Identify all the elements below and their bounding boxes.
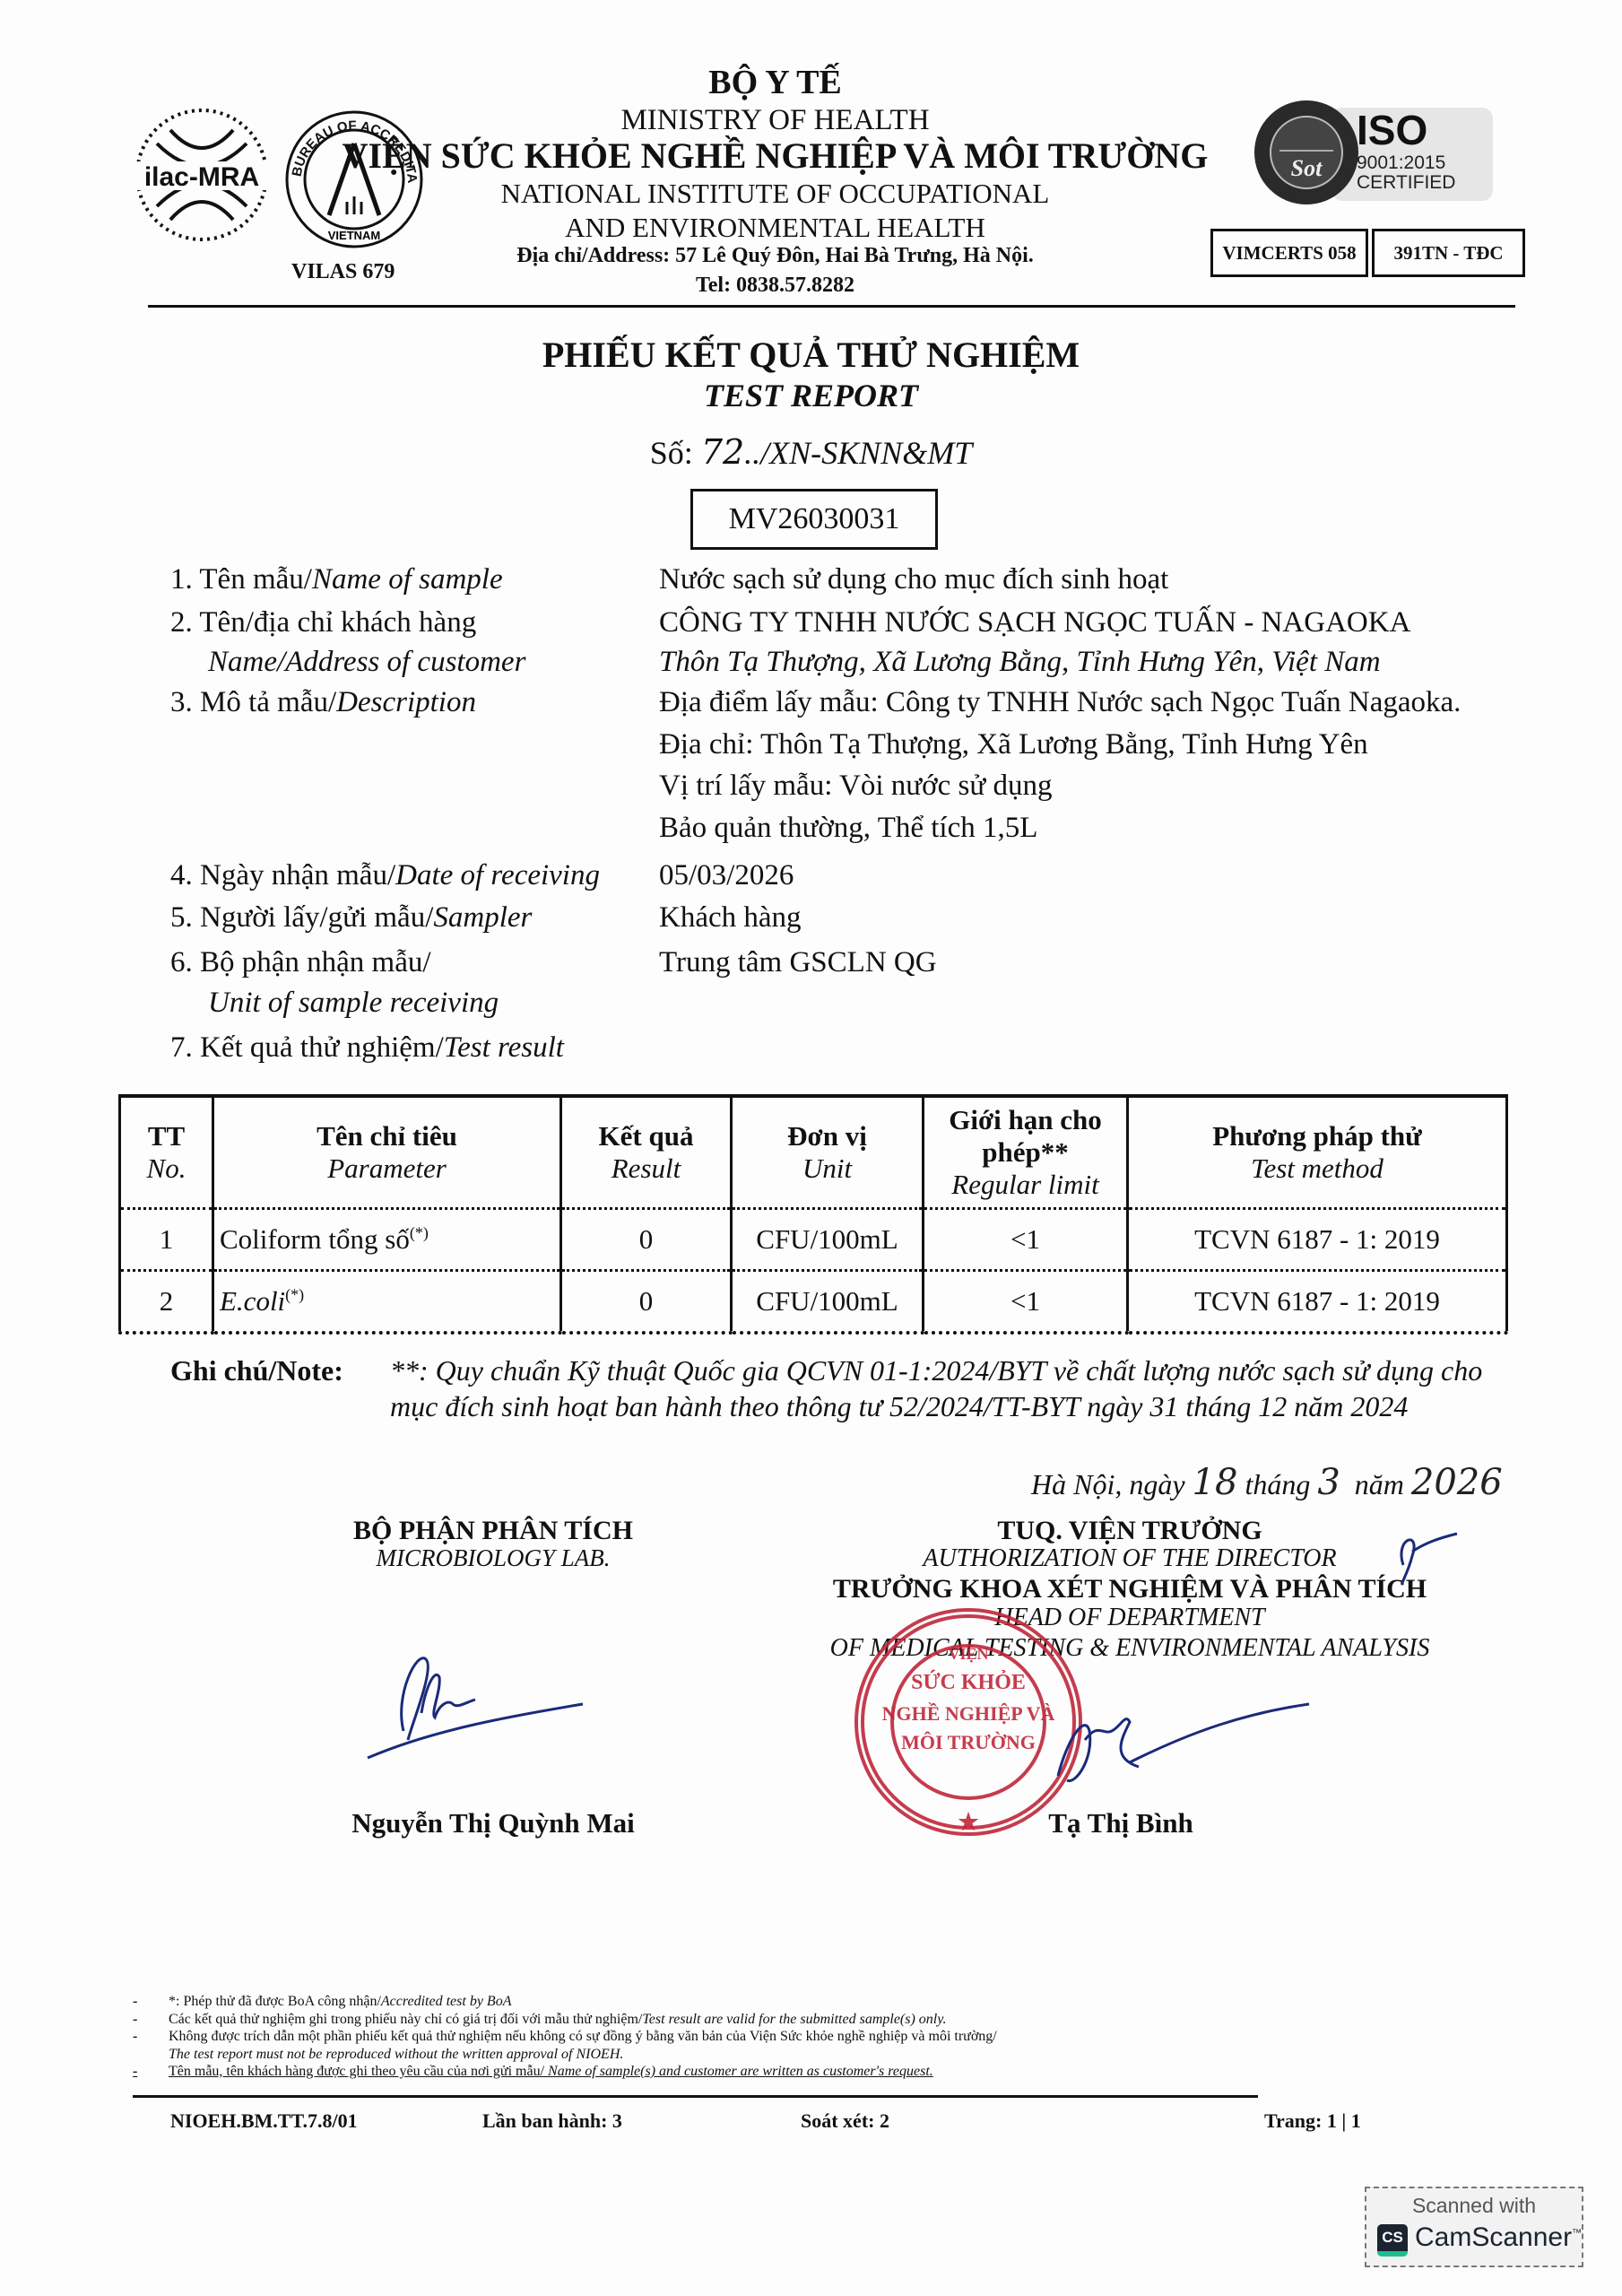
footer-note: -Các kết quả thử nghiệm ghi trong phiếu …	[133, 2011, 1262, 2029]
col-result: Kết quảResult	[561, 1096, 732, 1209]
date-month-label: tháng	[1245, 1468, 1310, 1500]
date-year-label: năm	[1355, 1468, 1404, 1500]
row-method: TCVN 6187 - 1: 2019	[1128, 1271, 1507, 1334]
table-header-row: TTNo. Tên chỉ tiêuParameter Kết quảResul…	[120, 1096, 1507, 1209]
footer-note-en: The test report must not be reproduced w…	[133, 2046, 1262, 2064]
right-signature-icon	[1049, 1686, 1318, 1803]
row-limit: <1	[924, 1209, 1128, 1271]
row-unit: CFU/100mL	[732, 1209, 924, 1271]
row-no: 2	[120, 1271, 213, 1334]
info-value: Địa điểm lấy mẫu: Công ty TNHH Nước sạch…	[659, 686, 1461, 719]
report-number: Số: 72../XN-SKNN&MT	[0, 432, 1622, 472]
page-number: Trang: 1 | 1	[1264, 2109, 1361, 2133]
info-value: 05/03/2026	[659, 859, 794, 892]
info-value: Bảo quản thường, Thể tích 1,5L	[659, 812, 1037, 845]
institute-vn: VIỆN SỨC KHỎE NGHỀ NGHIỆP VÀ MÔI TRƯỜNG	[0, 135, 1586, 177]
ministry-vn: BỘ Y TẾ	[0, 63, 1586, 102]
camscanner-watermark: Scanned with CS CamScanner™	[1365, 2187, 1583, 2267]
info-value: Nước sạch sử dụng cho mục đích sinh hoạt	[659, 563, 1168, 596]
date-year: 2026	[1411, 1462, 1503, 1503]
date-month: 3	[1317, 1462, 1340, 1503]
table-row: 1Coliform tổng số(*)0CFU/100mL<1TCVN 618…	[120, 1209, 1507, 1271]
col-parameter: Tên chỉ tiêuParameter	[213, 1096, 561, 1209]
institute-en-line2: AND ENVIRONMENTAL HEALTH	[0, 212, 1586, 244]
info-label: Name/Address of customer	[208, 646, 525, 679]
info-value: Vị trí lấy mẫu: Vòi nước sử dụng	[659, 770, 1053, 803]
svg-text:VIỆN: VIỆN	[948, 1644, 988, 1663]
watermark-brand: CamScanner™	[1415, 2222, 1582, 2253]
left-signature-icon	[341, 1614, 610, 1767]
info-value: Địa chỉ: Thôn Tạ Thượng, Xã Lương Bằng, …	[659, 728, 1368, 761]
row-unit: CFU/100mL	[732, 1271, 924, 1334]
report-number-suffix: ../XN-SKNN&MT	[744, 435, 972, 471]
signing-date: Hà Nội, ngày 18 tháng 3 năm 2026	[1031, 1462, 1503, 1503]
info-label: 3. Mô tả mẫu/Description	[170, 686, 476, 719]
info-label: Unit of sample receiving	[208, 987, 499, 1020]
info-value: Thôn Tạ Thượng, Xã Lương Bằng, Tỉnh Hưng…	[659, 646, 1381, 679]
left-signer-dept-en: MICROBIOLOGY LAB.	[224, 1544, 762, 1572]
info-label: 2. Tên/địa chỉ khách hàng	[170, 606, 476, 639]
svg-text:SỨC KHỎE: SỨC KHỎE	[911, 1671, 1026, 1694]
footer-notes: -*: Phép thử đã được BoA công nhận/Accre…	[133, 1993, 1262, 2081]
row-parameter: E.coli(*)	[213, 1271, 561, 1334]
info-value: Trung tâm GSCLN QG	[659, 946, 937, 979]
results-table: TTNo. Tên chỉ tiêuParameter Kết quảResul…	[118, 1094, 1508, 1335]
footer-note: -Không được trích dẫn một phần phiếu kết…	[133, 2028, 1262, 2046]
footer-divider	[133, 2095, 1258, 2098]
svg-text:MÔI TRƯỜNG: MÔI TRƯỜNG	[901, 1731, 1036, 1753]
report-title-en: TEST REPORT	[0, 377, 1622, 414]
left-signer-dept: BỘ PHẬN PHÂN TÍCH	[224, 1516, 762, 1546]
row-no: 1	[120, 1209, 213, 1271]
institute-address: Địa chỉ/Address: 57 Lê Quý Đôn, Hai Bà T…	[0, 244, 1586, 268]
col-method: Phương pháp thửTest method	[1128, 1096, 1507, 1209]
report-number-handwritten: 72	[701, 432, 744, 472]
institute-tel: Tel: 0838.57.8282	[0, 274, 1586, 298]
header-divider	[148, 305, 1515, 308]
camscanner-logo-icon: CS	[1377, 2224, 1408, 2257]
date-day: 18	[1193, 1462, 1238, 1503]
info-label: 7. Kết quả thử nghiệm/Test result	[170, 1031, 564, 1065]
svg-text:NGHỀ NGHIỆP VÀ: NGHỀ NGHIỆP VÀ	[882, 1702, 1055, 1725]
left-signer-name: Nguyễn Thị Quỳnh Mai	[224, 1807, 762, 1839]
row-parameter: Coliform tổng số(*)	[213, 1209, 561, 1271]
note-text: **: Quy chuẩn Kỹ thuật Quốc gia QCVN 01-…	[390, 1352, 1484, 1424]
row-limit: <1	[924, 1271, 1128, 1334]
table-row: 2E.coli(*)0CFU/100mL<1TCVN 6187 - 1: 201…	[120, 1271, 1507, 1334]
info-label: 6. Bộ phận nhận mẫu/	[170, 946, 431, 979]
ministry-en: MINISTRY OF HEALTH	[0, 104, 1586, 137]
info-label: 5. Người lấy/gửi mẫu/Sampler	[170, 901, 532, 935]
right-signer-name: Tạ Thị Bình	[973, 1807, 1269, 1839]
watermark-text: Scanned with	[1366, 2194, 1582, 2218]
col-unit: Đơn vịUnit	[732, 1096, 924, 1209]
row-result: 0	[561, 1271, 732, 1334]
row-result: 0	[561, 1209, 732, 1271]
revision-number: Soát xét: 2	[801, 2109, 889, 2133]
initials-signature-icon	[1385, 1511, 1466, 1592]
date-prefix: Hà Nội, ngày	[1031, 1468, 1185, 1500]
info-value: CÔNG TY TNHH NƯỚC SẠCH NGỌC TUẤN - NAGAO…	[659, 606, 1410, 639]
row-method: TCVN 6187 - 1: 2019	[1128, 1209, 1507, 1271]
col-no: TTNo.	[120, 1096, 213, 1209]
sample-code-box: MV26030031	[690, 489, 938, 550]
info-label: 1. Tên mẫu/Name of sample	[170, 563, 503, 596]
report-number-prefix: Số:	[650, 435, 701, 471]
col-limit: Giới hạn cho phép**Regular limit	[924, 1096, 1128, 1209]
report-title-vn: PHIẾU KẾT QUẢ THỬ NGHIỆM	[0, 334, 1622, 376]
note-label: Ghi chú/Note:	[170, 1354, 343, 1387]
footer-note: -*: Phép thử đã được BoA công nhận/Accre…	[133, 1993, 1262, 2011]
issue-number: Lần ban hành: 3	[482, 2109, 622, 2133]
info-value: Khách hàng	[659, 901, 802, 935]
info-label: 4. Ngày nhận mẫu/Date of receiving	[170, 859, 600, 892]
form-code: NIOEH.BM.TT.7.8/01	[170, 2109, 358, 2133]
institute-en-line1: NATIONAL INSTITUTE OF OCCUPATIONAL	[0, 178, 1586, 210]
footer-note: -Tên mẫu, tên khách hàng được ghi theo y…	[133, 2063, 1262, 2081]
